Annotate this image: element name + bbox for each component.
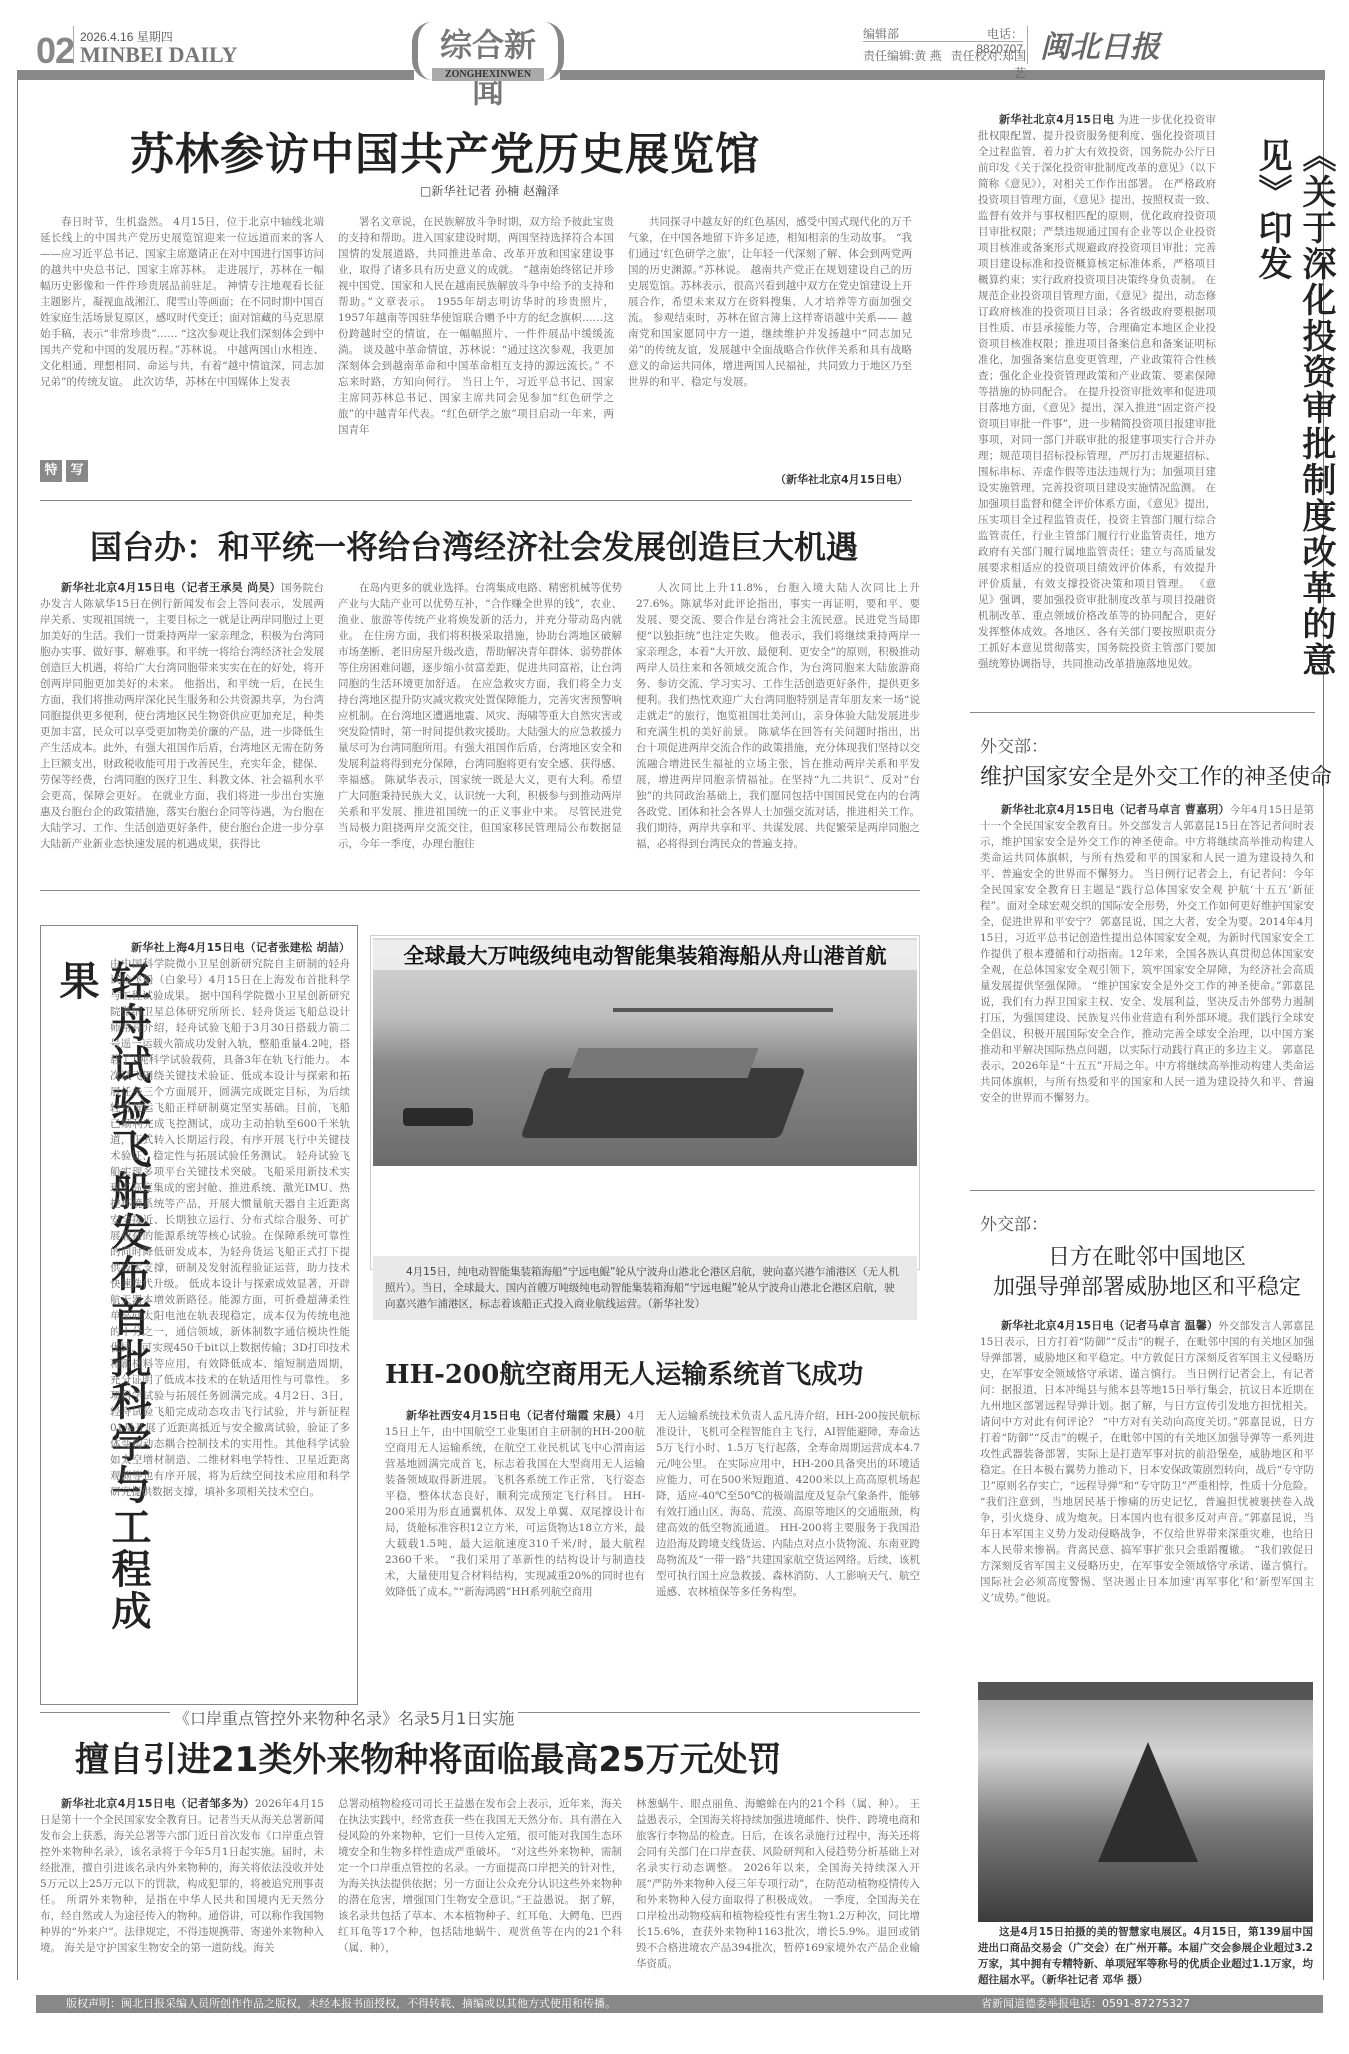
ship-containers-shape: [568, 1048, 759, 1078]
masthead-divider: [73, 26, 74, 64]
proofreader-label: 责任校对:郑国艺: [948, 47, 1026, 81]
qingzhou-body: 新华社上海4月15日电（记者张建松 胡喆）由中国科学院微小卫星创新研究院自主研制…: [110, 940, 350, 1695]
section-divider: [40, 500, 912, 501]
mfa-japan-kicker: 外交部：: [980, 1210, 1048, 1235]
headline-mfa-japan-line1: 日方在毗邻中国地区: [980, 1240, 1314, 1271]
sulin-column-1: 春日时节，生机盎然。 4月15日，位于北京中轴线北端延长线上的中国共产党历史展览…: [40, 214, 324, 444]
expo-photo: [978, 1682, 1313, 1922]
masthead-rule-left: [17, 70, 414, 80]
sulin-column-2: 署名文章说，在民族解放斗争时期，双方给予彼此宝贵的支持和帮助。进入国家建设时期，…: [338, 214, 614, 494]
taiwan-column-1: 新华社北京4月15日电（记者王承昊 尚昊）国务院台办发言人陈斌华15日在例行新闻…: [40, 580, 324, 882]
mfa-security-dateline: 新华社北京4月15日电（记者马卓言 曹嘉玥）: [1001, 803, 1230, 816]
hh200-column-1: 新华社西安4月15日电（记者付瑞霞 宋晨）4月15日上午，由中国航空工业集团自主…: [385, 1408, 645, 1698]
section-bracket-left: [412, 22, 432, 80]
paper-name-english: MINBEI DAILY: [80, 42, 238, 68]
hh200-dateline: 新华社西安4月15日电（记者付瑞霞 宋晨）: [406, 1409, 627, 1422]
headline-sulin: 苏林参访中国共产党历史展览馆: [130, 118, 760, 182]
section-divider: [970, 1190, 1315, 1191]
section-pinyin: ZONGHEXINWEN: [432, 68, 544, 81]
mfa-japan-text: 外交部发言人郭嘉昆15日表示，日方打着“防御”“反击”的幌子，在毗邻中国的有关地…: [980, 1320, 1314, 1604]
headline-hh200: HH-200航空商用无人运输系统首飞成功: [385, 1354, 863, 1391]
investment-article: 新华社北京4月15日电 为进一步优化投资审批权限配置、提升投资服务便利度、强化投…: [978, 112, 1216, 697]
taiwan-col1-text: 国务院台办发言人陈斌华15日在例行新闻发布会上答问表示，发展两岸关系、实现祖国统…: [40, 582, 324, 850]
page-frame-left: [17, 80, 18, 1980]
copyright-notice: 版权声明：闽北日报采编人员所创作作品之版权，未经本报书面授权，不得转载、摘编或以…: [66, 1995, 616, 2013]
headline-species: 擅自引进21类外来物种将面临最高25万元处罚: [75, 1732, 782, 1781]
tugboat-shape: [403, 1108, 473, 1126]
headline-mfa-japan-line2: 加强导弹部署威胁地区和平稳定: [980, 1270, 1314, 1301]
sulin-signoff: （新华社北京4月15日电）: [775, 471, 908, 487]
sulin-column-3: 共同探寻中越友好的红色基因，感受中国式现代化的万千气象，在中国各地留下许多足迹，…: [628, 214, 912, 464]
qingzhou-dateline: 新华社上海4月15日电（记者张建松 胡喆）: [131, 941, 350, 954]
mfa-security-text: 今年4月15日是第十一个全民国家安全教育日。外交部发言人郭嘉昆15日在答记者问时…: [980, 804, 1314, 1104]
editor-label: 责任编辑:黄 燕: [863, 47, 942, 64]
mfa-security-kicker: 外交部：: [980, 732, 1048, 757]
species-column-3: 林葱蜗牛、眼点丽鱼、海蟾蜍在内的21个科（属、种）。 王益愚表示，全国海关将持续…: [636, 1796, 920, 1986]
species-column-2: 总署动植物检疫司司长王益愚在发布会上表示，近年来，海关在执法实践中，经常查获一些…: [338, 1796, 622, 1986]
taiwan-column-2: 在岛内更多的就业选择。台湾集成电路、精密机械等优势产业与大陆产业可以优势互补，“…: [338, 580, 622, 882]
taiwan-column-3: 人次同比上升11.8%，台胞入境大陆人次同比上升27.6%。陈斌华对此评论指出，…: [636, 580, 920, 882]
investment-text: 为进一步优化投资审批权限配置、提升投资服务便利度、强化投资项目全过程监管，着力扩…: [978, 114, 1216, 670]
headline-mfa-security: 维护国家安全是外交工作的神圣使命: [980, 760, 1332, 791]
species-dateline: 新华社北京4月15日电（记者邹多为）: [61, 1797, 255, 1810]
expo-banner-shape: [978, 1682, 1313, 1700]
dept-label: 编辑部: [863, 25, 899, 42]
info-vertical-divider: [1027, 26, 1028, 64]
hh200-col1-text: 4月15日上午，由中国航空工业集团自主研制的HH-200航空商用无人运输系统，在…: [385, 1410, 645, 1598]
byline-sulin: □新华社记者 孙楠 赵瀚泽: [420, 182, 559, 199]
species-column-1: 新华社北京4月15日电（记者邹多为）2026年4月15日是第十一个全民国家安全教…: [40, 1796, 324, 1986]
footer-bar: 版权声明：闽北日报采编人员所创作作品之版权，未经本报书面授权，不得转载、摘编或以…: [36, 1995, 1323, 2013]
feature-tag-char: 特: [40, 460, 62, 482]
hh200-column-2: 无人运输系统技术负责人孟凡涛介绍，HH-200按民航标准设计，飞机可全程智能自主…: [656, 1408, 920, 1698]
mfa-japan-body: 新华社北京4月15日电（记者马卓言 温馨）外交部发言人郭嘉昆15日表示，日方打着…: [980, 1318, 1314, 1644]
species-col1-text: 2026年4月15日是第十一个全民国家安全教育日。记者当天从海关总署新闻发布会上…: [40, 1798, 324, 1954]
mfa-japan-dateline: 新华社北京4月15日电（记者马卓言 温馨）: [1001, 1319, 1218, 1332]
pier-shape: [613, 1008, 833, 1012]
investment-vertical-headline: 《关于深化投资审批制度改革的意见》印发: [1250, 138, 1338, 698]
feature-tag-char: 写: [66, 460, 88, 482]
section-divider: [970, 712, 1315, 713]
feature-tag: 特 写: [40, 460, 88, 482]
ethics-hotline: 省新闻道德委举报电话：0591-87275327: [981, 1995, 1190, 2013]
ship-photo: [373, 938, 917, 1166]
page-number: 02: [36, 30, 74, 72]
masthead-rule-right: [560, 70, 1325, 80]
ship-photo-title: 全球最大万吨级纯电动智能集装箱海船从舟山港首航: [373, 940, 917, 970]
ship-photo-caption: 4月15日，纯电动智能集装箱海船“宁远电鲲”轮从宁波舟山港北仑港区启航，驶向嘉兴…: [373, 1256, 917, 1320]
mfa-security-body: 新华社北京4月15日电（记者马卓言 曹嘉玥）今年4月15日是第十一个全民国家安全…: [980, 802, 1314, 1172]
newspaper-logo: 闽北日报: [1040, 22, 1160, 66]
taiwan-dateline: 新华社北京4月15日电（记者王承昊 尚昊）: [61, 581, 281, 594]
section-title: 综合新闻: [432, 20, 544, 112]
species-kicker: 《口岸重点管控外来物种名录》名录5月1日实施: [170, 1706, 518, 1729]
qingzhou-text: 由中国科学院微小卫星创新研究院自主研制的轻舟试验飞船（白象号）4月15日在上海发…: [110, 958, 350, 1498]
expo-photo-caption: 这是4月15日拍摄的美的智慧家电展区。4月15日，第139届中国进出口商品交易会…: [978, 1924, 1313, 1990]
section-divider: [40, 890, 920, 891]
sulin-column-1-tail: [90, 444, 324, 492]
investment-body: 新华社北京4月15日电 为进一步优化投资审批权限配置、提升投资服务便利度、强化投…: [978, 112, 1216, 697]
expo-sculpture-shape: [1098, 1742, 1198, 1862]
ship-hull-shape: [520, 1068, 805, 1138]
info-divider: [863, 41, 1023, 42]
investment-dateline: 新华社北京4月15日电: [999, 113, 1114, 126]
headline-taiwan: 国台办：和平统一将给台湾经济社会发展创造巨大机遇: [90, 522, 858, 568]
